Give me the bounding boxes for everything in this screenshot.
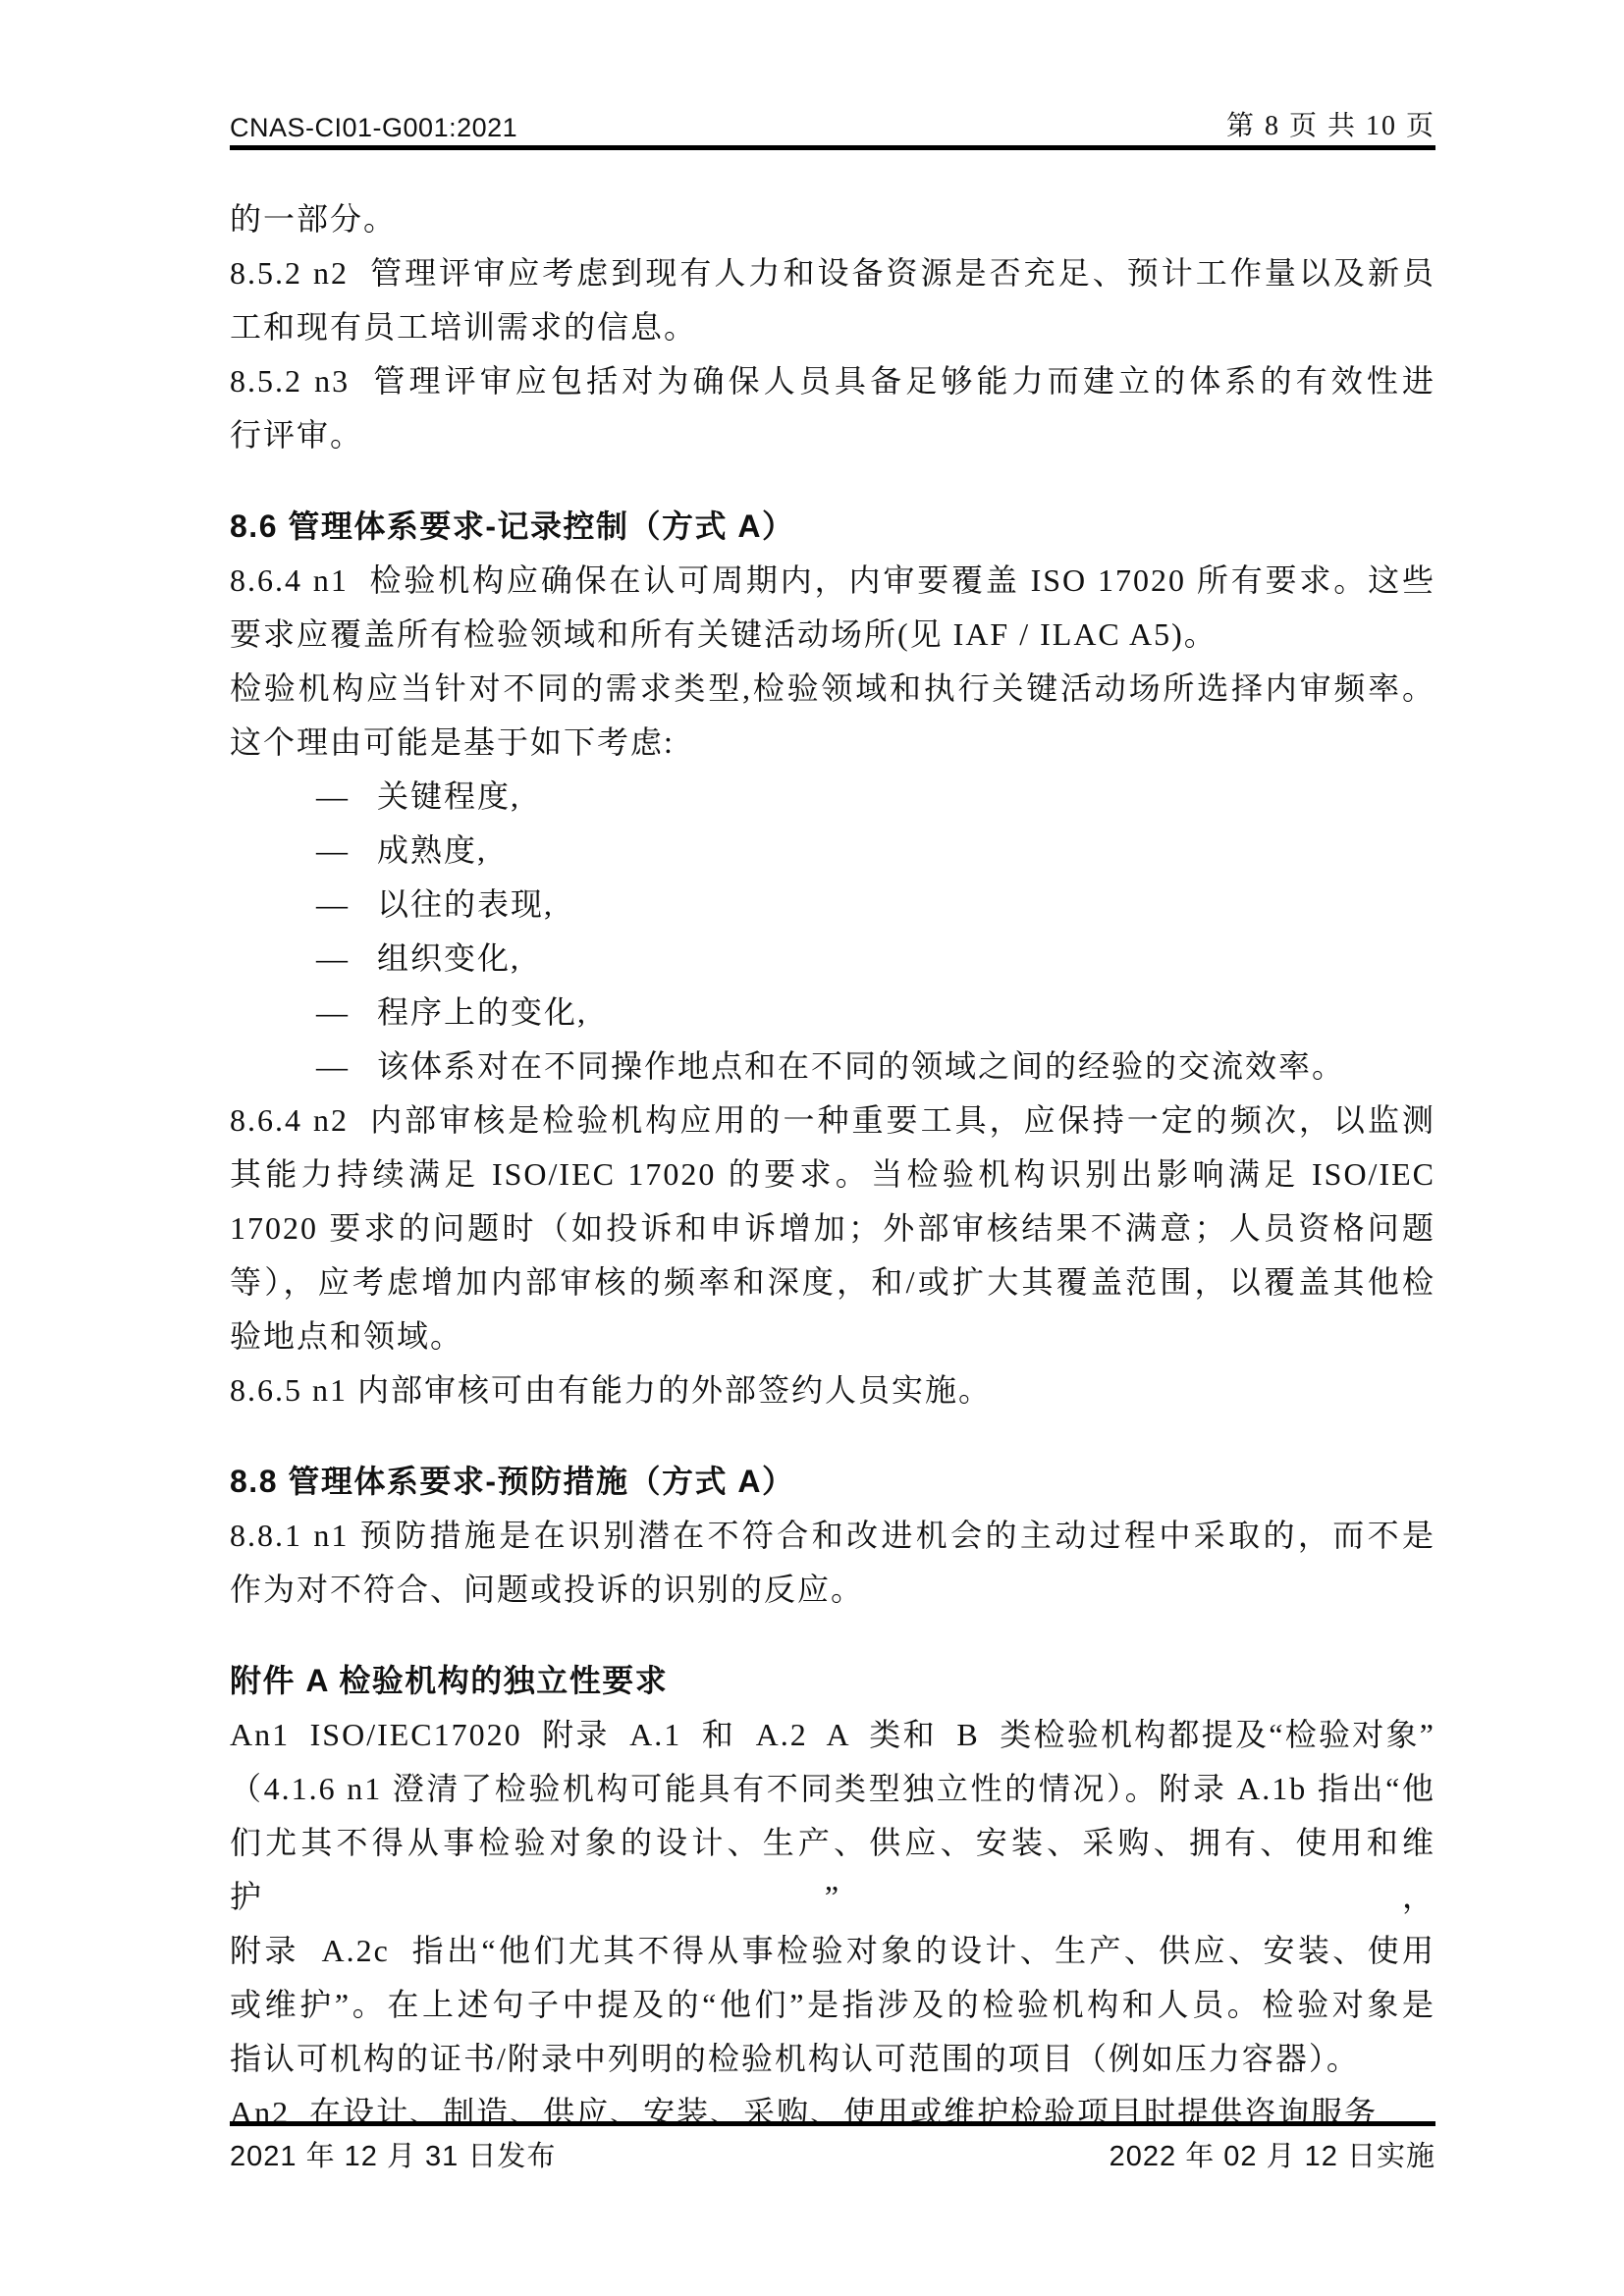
text-line: 这个理由可能是基于如下考虑: bbox=[230, 716, 1435, 770]
paragraph: 8.6.4 n1 检验机构应确保在认可周期内，内审要覆盖 ISO 17020 所… bbox=[230, 554, 1435, 662]
bullet-text: 关键程度, bbox=[377, 778, 520, 814]
text-line: 的一部分。 bbox=[230, 192, 1435, 246]
section-heading: 附件 A 检验机构的独立性要求 bbox=[230, 1654, 1435, 1708]
bullet-dash-icon: — bbox=[316, 778, 350, 814]
paragraph: 8.6.5 n1 内部审核可由有能力的外部签约人员实施。 bbox=[230, 1363, 1435, 1417]
text-line: 其能力持续满足 ISO/IEC 17020 的要求。当检验机构识别出影响满足 I… bbox=[230, 1148, 1435, 1201]
page-footer: 2021 年 12 月 31 日发布 2022 年 02 月 12 日实施 bbox=[230, 2134, 1435, 2174]
text-line: （4.1.6 n1 澄清了检验机构可能具有不同类型独立性的情况）。附录 A.1b… bbox=[230, 1762, 1435, 1816]
bullet-item: —该体系对在不同操作地点和在不同的领域之间的经验的交流效率。 bbox=[230, 1040, 1435, 1094]
text-line: 们尤其不得从事检验对象的设计、生产、供应、安装、采购、拥有、使用和维护”， bbox=[230, 1816, 1435, 1924]
text-line: 附件 A 检验机构的独立性要求 bbox=[230, 1654, 1435, 1708]
paragraph: 8.8.1 n1 预防措施是在识别潜在不符合和改进机会的主动过程中采取的，而不是… bbox=[230, 1509, 1435, 1617]
section-heading: 8.6 管理体系要求-记录控制（方式 A） bbox=[230, 500, 1435, 554]
text-line: 检验机构应当针对不同的需求类型,检验领域和执行关键活动场所选择内审频率。 bbox=[230, 662, 1435, 716]
footer-rule bbox=[230, 2121, 1435, 2126]
bullet-text: 该体系对在不同操作地点和在不同的领域之间的经验的交流效率。 bbox=[377, 1048, 1345, 1084]
text-line: 8.6.5 n1 内部审核可由有能力的外部签约人员实施。 bbox=[230, 1363, 1435, 1417]
paragraph: An1 ISO/IEC17020 附录 A.1 和 A.2 A 类和 B 类检验… bbox=[230, 1708, 1435, 2086]
text-line: 8.5.2 n3 管理评审应包括对为确保人员具备足够能力而建立的体系的有效性进 bbox=[230, 354, 1435, 408]
bullet-dash-icon: — bbox=[316, 832, 350, 868]
section-heading: 8.8 管理体系要求-预防措施（方式 A） bbox=[230, 1455, 1435, 1509]
paragraph: 8.6.4 n2 内部审核是检验机构应用的一种重要工具，应保持一定的频次，以监测… bbox=[230, 1094, 1435, 1363]
header-rule bbox=[230, 145, 1435, 150]
document-page: CNAS-CI01-G001:2021 第 8 页 共 10 页 的一部分。8.… bbox=[0, 0, 1624, 2296]
bullet-item: —以往的表现, bbox=[230, 878, 1435, 932]
text-line: 8.6 管理体系要求-记录控制（方式 A） bbox=[230, 500, 1435, 554]
paragraph: 8.5.2 n2 管理评审应考虑到现有人力和设备资源是否充足、预计工作量以及新员… bbox=[230, 246, 1435, 354]
text-line: 8.5.2 n2 管理评审应考虑到现有人力和设备资源是否充足、预计工作量以及新员 bbox=[230, 246, 1435, 300]
text-line: 附录 A.2c 指出“他们尤其不得从事检验对象的设计、生产、供应、安装、使用 bbox=[230, 1924, 1435, 1978]
text-line: 要求应覆盖所有检验领域和所有关键活动场所(见 IAF / ILAC A5)。 bbox=[230, 608, 1435, 662]
bullet-dash-icon: — bbox=[316, 940, 350, 976]
text-line: 工和现有员工培训需求的信息。 bbox=[230, 300, 1435, 354]
bullet-item: —组织变化, bbox=[230, 932, 1435, 986]
bullet-item: —关键程度, bbox=[230, 770, 1435, 824]
document-body: 的一部分。8.5.2 n2 管理评审应考虑到现有人力和设备资源是否充足、预计工作… bbox=[230, 192, 1435, 2140]
text-line: 行评审。 bbox=[230, 408, 1435, 462]
bullet-item: —成熟度, bbox=[230, 824, 1435, 878]
text-line: 8.6.4 n1 检验机构应确保在认可周期内，内审要覆盖 ISO 17020 所… bbox=[230, 554, 1435, 608]
text-line: 8.8 管理体系要求-预防措施（方式 A） bbox=[230, 1455, 1435, 1509]
bullet-text: 程序上的变化, bbox=[377, 994, 587, 1030]
issue-date: 2021 年 12 月 31 日发布 bbox=[230, 2134, 556, 2174]
text-line: 8.8.1 n1 预防措施是在识别潜在不符合和改进机会的主动过程中采取的，而不是 bbox=[230, 1509, 1435, 1563]
text-line: An2 在设计、制造、供应、安装、采购、使用或维护检验项目时提供咨询服务 bbox=[230, 2086, 1435, 2140]
implementation-date: 2022 年 02 月 12 日实施 bbox=[1110, 2134, 1435, 2174]
document-code: CNAS-CI01-G001:2021 bbox=[230, 113, 517, 143]
text-line: 17020 要求的问题时（如投诉和申诉增加；外部审核结果不满意；人员资格问题 bbox=[230, 1201, 1435, 1255]
bullet-text: 组织变化, bbox=[377, 940, 520, 976]
text-line: An1 ISO/IEC17020 附录 A.1 和 A.2 A 类和 B 类检验… bbox=[230, 1708, 1435, 1762]
paragraph: 的一部分。 bbox=[230, 192, 1435, 246]
page-number: 第 8 页 共 10 页 bbox=[1226, 104, 1435, 143]
text-line: 8.6.4 n2 内部审核是检验机构应用的一种重要工具，应保持一定的频次，以监测 bbox=[230, 1094, 1435, 1148]
bullet-dash-icon: — bbox=[316, 1048, 350, 1084]
paragraph: 8.5.2 n3 管理评审应包括对为确保人员具备足够能力而建立的体系的有效性进行… bbox=[230, 354, 1435, 462]
text-line: 作为对不符合、问题或投诉的识别的反应。 bbox=[230, 1563, 1435, 1617]
bullet-text: 以往的表现, bbox=[377, 886, 554, 922]
bullet-item: —程序上的变化, bbox=[230, 986, 1435, 1040]
bullet-text: 成熟度, bbox=[377, 832, 487, 868]
text-line: 或维护”。在上述句子中提及的“他们”是指涉及的检验机构和人员。检验对象是 bbox=[230, 1978, 1435, 2032]
paragraph: 检验机构应当针对不同的需求类型,检验领域和执行关键活动场所选择内审频率。这个理由… bbox=[230, 662, 1435, 770]
text-line: 等），应考虑增加内部审核的频率和深度，和/或扩大其覆盖范围，以覆盖其他检 bbox=[230, 1255, 1435, 1309]
text-line: 指认可机构的证书/附录中列明的检验机构认可范围的项目（例如压力容器）。 bbox=[230, 2032, 1435, 2086]
page-header: CNAS-CI01-G001:2021 第 8 页 共 10 页 bbox=[230, 104, 1435, 143]
bullet-dash-icon: — bbox=[316, 994, 350, 1030]
bullet-dash-icon: — bbox=[316, 886, 350, 922]
text-line: 验地点和领域。 bbox=[230, 1309, 1435, 1363]
paragraph: An2 在设计、制造、供应、安装、采购、使用或维护检验项目时提供咨询服务 bbox=[230, 2086, 1435, 2140]
